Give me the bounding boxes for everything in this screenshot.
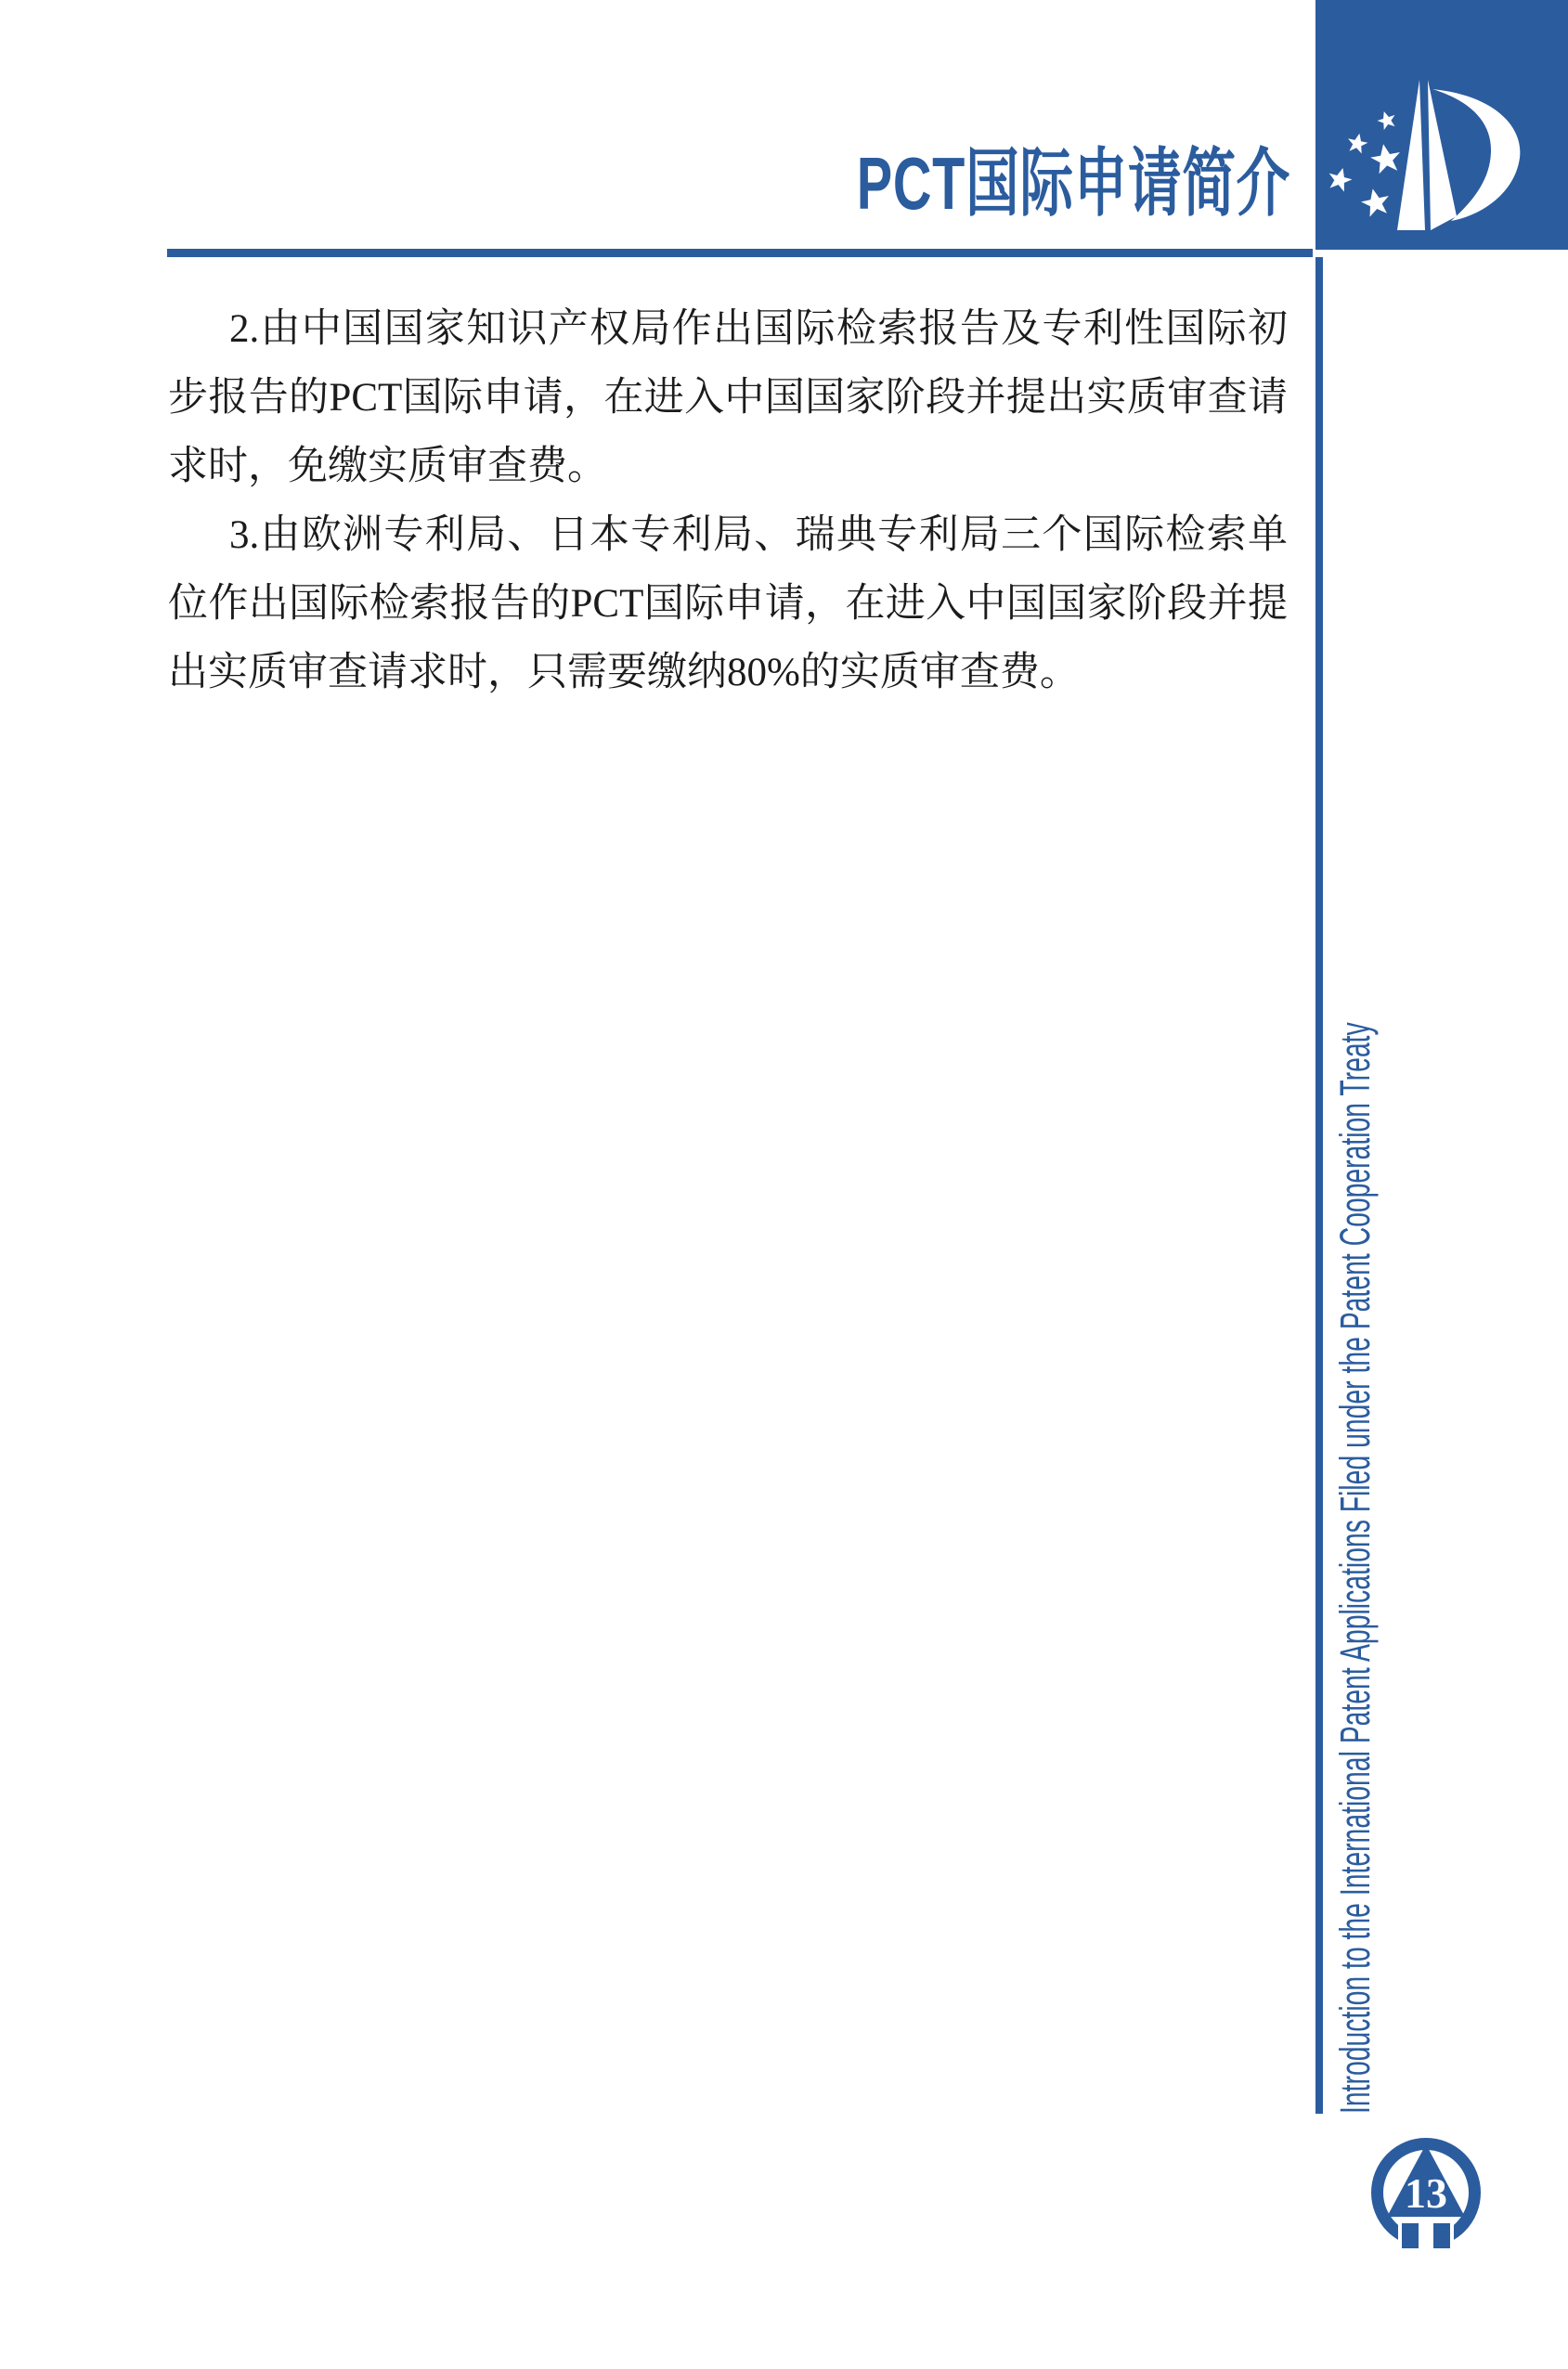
page-number-tree-emblem-icon: 13 [1368,2135,1484,2250]
page-number: 13 [1405,2169,1447,2217]
page-number-emblem: 13 [1368,2135,1484,2250]
cnipa-logo-box [1315,0,1568,250]
cnipa-patent-stars-logo-icon [1315,0,1568,250]
document-page: { "page": { "title": "PCT国际申请简介", "body_… [0,0,1568,2369]
sidebar-vertical-caption: Introduction to the International Patent… [1329,382,1381,2114]
emblem-trunk-right [1433,2223,1450,2248]
page-title: PCT国际申请简介 [857,145,1290,223]
emblem-trunk-left [1402,2223,1419,2248]
body-text-block: 2.由中国国家知识产权局作出国际检索报告及专利性国际初步报告的PCT国际申请，在… [168,295,1288,707]
header-divider-line [167,249,1313,257]
sidebar-vertical-caption-text: Introduction to the International Patent… [1329,1022,1381,2114]
sidebar-divider-line [1315,257,1323,2114]
paragraph: 2.由中国国家知识产权局作出国际检索报告及专利性国际初步报告的PCT国际申请，在… [168,295,1288,501]
paragraph: 3.由欧洲专利局、日本专利局、瑞典专利局三个国际检索单位作出国际检索报告的PCT… [168,501,1288,707]
